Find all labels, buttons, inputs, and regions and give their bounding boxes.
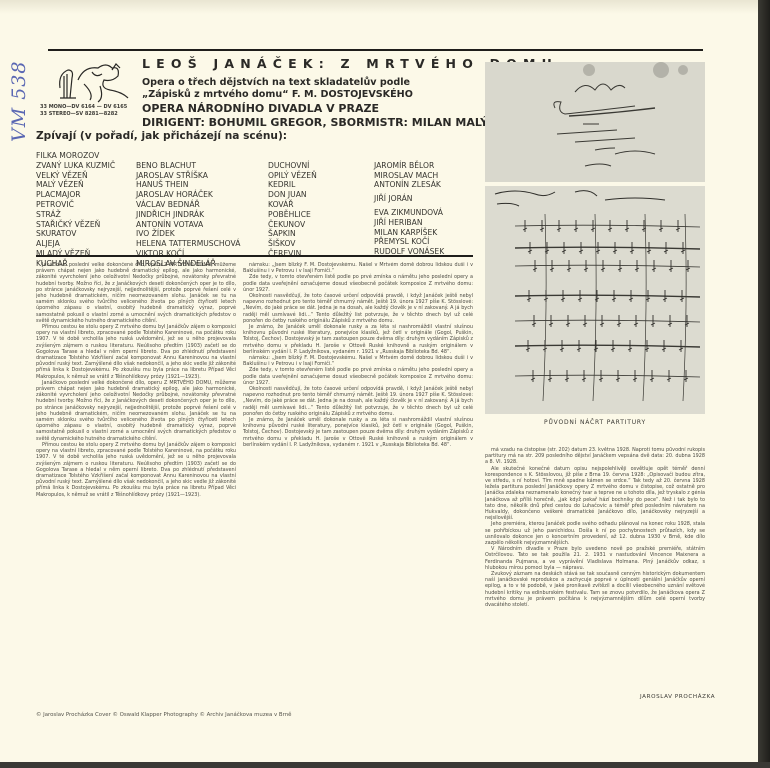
essay-paragraph: V Národním divadle v Praze bylo uvedeno … bbox=[485, 546, 705, 571]
cast-entry: ČEREVIN bbox=[268, 249, 368, 259]
conductor-line: DIRIGENT: BOHUMIL GREGOR, SBORMISTR: MIL… bbox=[142, 116, 488, 130]
cast-roles-left: FILKA MOROZOVZVANÝ LUKA KUZMIČVELKÝ VĚZE… bbox=[36, 151, 136, 269]
cast-singers-left: BENO BLACHUTJAROSLAV STŘÍŠKAHANUŠ THEINJ… bbox=[136, 151, 266, 269]
essay-author: JAROSLAV PROCHÁZKA bbox=[640, 694, 715, 700]
cast-entry: MALÝ VĚZEŇ bbox=[36, 180, 136, 190]
essay-paragraph: námsku: „Jsem blízký F. M. Dostojevskému… bbox=[243, 262, 473, 274]
performers-header: OPERA NÁRODNÍHO DIVADLA V PRAZE DIRIGENT… bbox=[142, 102, 488, 130]
cast-entry: JIŘÍ JORÁN bbox=[374, 194, 494, 204]
cast-entry: ČEKUNOV bbox=[268, 220, 368, 230]
cast-entry: MILAN KARPÍŠEK bbox=[374, 228, 494, 238]
cast-entry: ŠAPKIN bbox=[268, 229, 368, 239]
background-strip bbox=[0, 762, 770, 768]
essay-column-right: má vzadu na čistopise (str. 202) datum 2… bbox=[485, 447, 705, 693]
cast-entry: PETROVIČ bbox=[36, 200, 136, 210]
cast-entry: ZVANÝ LUKA KUZMIČ bbox=[36, 161, 136, 171]
album-title: LEOŠ JANÁČEK: Z MRTVÉHO DOMU bbox=[142, 56, 472, 71]
autograph-title-page-image bbox=[485, 62, 705, 182]
sleeve-edge bbox=[758, 0, 770, 768]
essay-paragraph: Janáčkovo poslední velké dokončené dílo,… bbox=[36, 380, 236, 442]
cast-entry: ALJEJA bbox=[36, 239, 136, 249]
cast-entry: ANTONÍN ZLESÁK bbox=[374, 180, 494, 190]
cast-entry: POBĚHLICE bbox=[268, 210, 368, 220]
section-rule bbox=[36, 255, 473, 257]
essay-paragraph: má vzadu na čistopise (str. 202) datum 2… bbox=[485, 447, 705, 466]
ensemble-name: OPERA NÁRODNÍHO DIVADLA V PRAZE bbox=[142, 102, 488, 116]
cast-entry: MLADÝ VĚZEŇ bbox=[36, 249, 136, 259]
header-rule bbox=[48, 49, 703, 51]
cast-entry: VELKÝ VĚZEŇ bbox=[36, 171, 136, 181]
cast-entry: HANUŠ THEIN bbox=[136, 180, 266, 190]
cast-entry: JIŘÍ HERIBAN bbox=[374, 218, 494, 228]
cast-entry: BENO BLACHUT bbox=[136, 161, 266, 171]
essay-paragraph: Zde tedy, v tomto otevřeném listě podle … bbox=[243, 367, 473, 386]
cast-entry: JAROSLAV STŘÍŠKA bbox=[136, 171, 266, 181]
essay-paragraph: Okolnosti nasvědčují, že toto časové urč… bbox=[243, 386, 473, 417]
cast-entry: JAROSLAV HORÁČEK bbox=[136, 190, 266, 200]
album-subtitle-line-2: „Zápisků z mrtvého domu“ F. M. DOSTOJEVS… bbox=[142, 89, 472, 101]
cast-entry bbox=[136, 151, 266, 161]
cast-entry: ŠIŠKOV bbox=[268, 239, 368, 249]
essay-paragraph: Ale skutečné konečné datum opisu nejspol… bbox=[485, 466, 705, 522]
album-subtitle-line-1: Opera o třech dějstvích na text skladate… bbox=[142, 77, 472, 89]
cast-entry: DON JUAN bbox=[268, 190, 368, 200]
essay-paragraph: Je známo, že Janáček uměl dokonale rusky… bbox=[243, 417, 473, 448]
cast-entry: HELENA TATTERMUSCHOVÁ bbox=[136, 239, 266, 249]
cast-entry: MIROSLAV MACH bbox=[374, 171, 494, 181]
cast-singers-right: JAROMÍR BĚLORMIROSLAV MACHANTONÍN ZLESÁK… bbox=[374, 151, 494, 257]
cast-entry: STRÁŽ bbox=[36, 210, 136, 220]
essay-paragraph: Jeho premiéra, kterou Janáček podle svéh… bbox=[485, 521, 705, 546]
catalog-number-mono: 33 MONO—DV 6164 — DV 6165 bbox=[40, 104, 127, 111]
cast-entry: JINDŘICH JINDRÁK bbox=[136, 210, 266, 220]
album-header: LEOŠ JANÁČEK: Z MRTVÉHO DOMU Opera o tře… bbox=[142, 56, 472, 101]
lion-lyre-logo-icon bbox=[54, 58, 134, 104]
cast-entry: IVO ŽÍDEK bbox=[136, 229, 266, 239]
credits-line: © Jaroslav Procházka Cover © Oswald Klap… bbox=[36, 712, 291, 718]
essay-column-middle: námsku: „Jsem blízký F. M. Dostojevskému… bbox=[243, 262, 473, 702]
cast-entry: PLACMAJOR bbox=[36, 190, 136, 200]
cast-entry: VIKTOR KOČÍ bbox=[136, 249, 266, 259]
cast-entry: KOVÁŘ bbox=[268, 200, 368, 210]
paper-shadow bbox=[0, 0, 758, 14]
catalog-numbers: 33 MONO—DV 6164 — DV 6165 33 STEREO—SV 8… bbox=[40, 104, 127, 118]
record-sleeve-back: VM 538 LEOŠ JANÁČEK: Z MRTVÉHO DOMU Oper… bbox=[0, 0, 758, 768]
cast-entry: DUCHOVNÍ bbox=[268, 161, 368, 171]
cast-entry: STAŘIČKÝ VĚZEŇ bbox=[36, 220, 136, 230]
cast-entry: OPILÝ VĚZEŇ bbox=[268, 171, 368, 181]
cast-roles-right: DUCHOVNÍOPILÝ VĚZEŇKEDRILDON JUANKOVÁŘPO… bbox=[268, 151, 368, 259]
cast-heading: Zpívají (v pořadí, jak přicházejí na scé… bbox=[36, 130, 287, 142]
score-sketch-image bbox=[485, 186, 705, 414]
essay-paragraph: Okolnosti nasvědčují, že toto časové urč… bbox=[243, 293, 473, 324]
cast-entry: EVA ZIKMUNDOVÁ bbox=[374, 208, 494, 218]
cast-entry: KEDRIL bbox=[268, 180, 368, 190]
cast-entry: PŘEMYSL KOČÍ bbox=[374, 237, 494, 247]
essay-paragraph: Janáčkovo poslední velké dokončené dílo,… bbox=[36, 262, 236, 324]
essay-paragraph: Přímou cestou ke stolu opery Z mrtvého d… bbox=[36, 324, 236, 380]
essay-column-left: Janáčkovo poslední velké dokončené dílo,… bbox=[36, 262, 236, 702]
cast-entry: JAROMÍR BĚLOR bbox=[374, 161, 494, 171]
cast-entry: SKURATOV bbox=[36, 229, 136, 239]
catalog-number-stereo: 33 STEREO—SV 8281—8282 bbox=[40, 111, 127, 118]
cast-entry: ANTONÍN VOTAVA bbox=[136, 220, 266, 230]
essay-paragraph: Zvukový záznam na deskách stává se tak s… bbox=[485, 571, 705, 608]
cast-entry: VÁCLAV BEDNÁŘ bbox=[136, 200, 266, 210]
handwritten-catalog-mark: VM 538 bbox=[8, 52, 30, 142]
score-caption: PŮVODNÍ NÁČRT PARTITURY bbox=[485, 419, 705, 426]
essay-paragraph: námsku: „Jsem blízký F. M. Dostojevskému… bbox=[243, 355, 473, 367]
essay-paragraph: Přímou cestou ke stolu opery Z mrtvého d… bbox=[36, 442, 236, 498]
essay-paragraph: Zde tedy, v tomto otevřeném listě podle … bbox=[243, 274, 473, 293]
cast-entry: FILKA MOROZOV bbox=[36, 151, 136, 161]
essay-paragraph: Je známo, že Janáček uměl dokonale rusky… bbox=[243, 324, 473, 355]
